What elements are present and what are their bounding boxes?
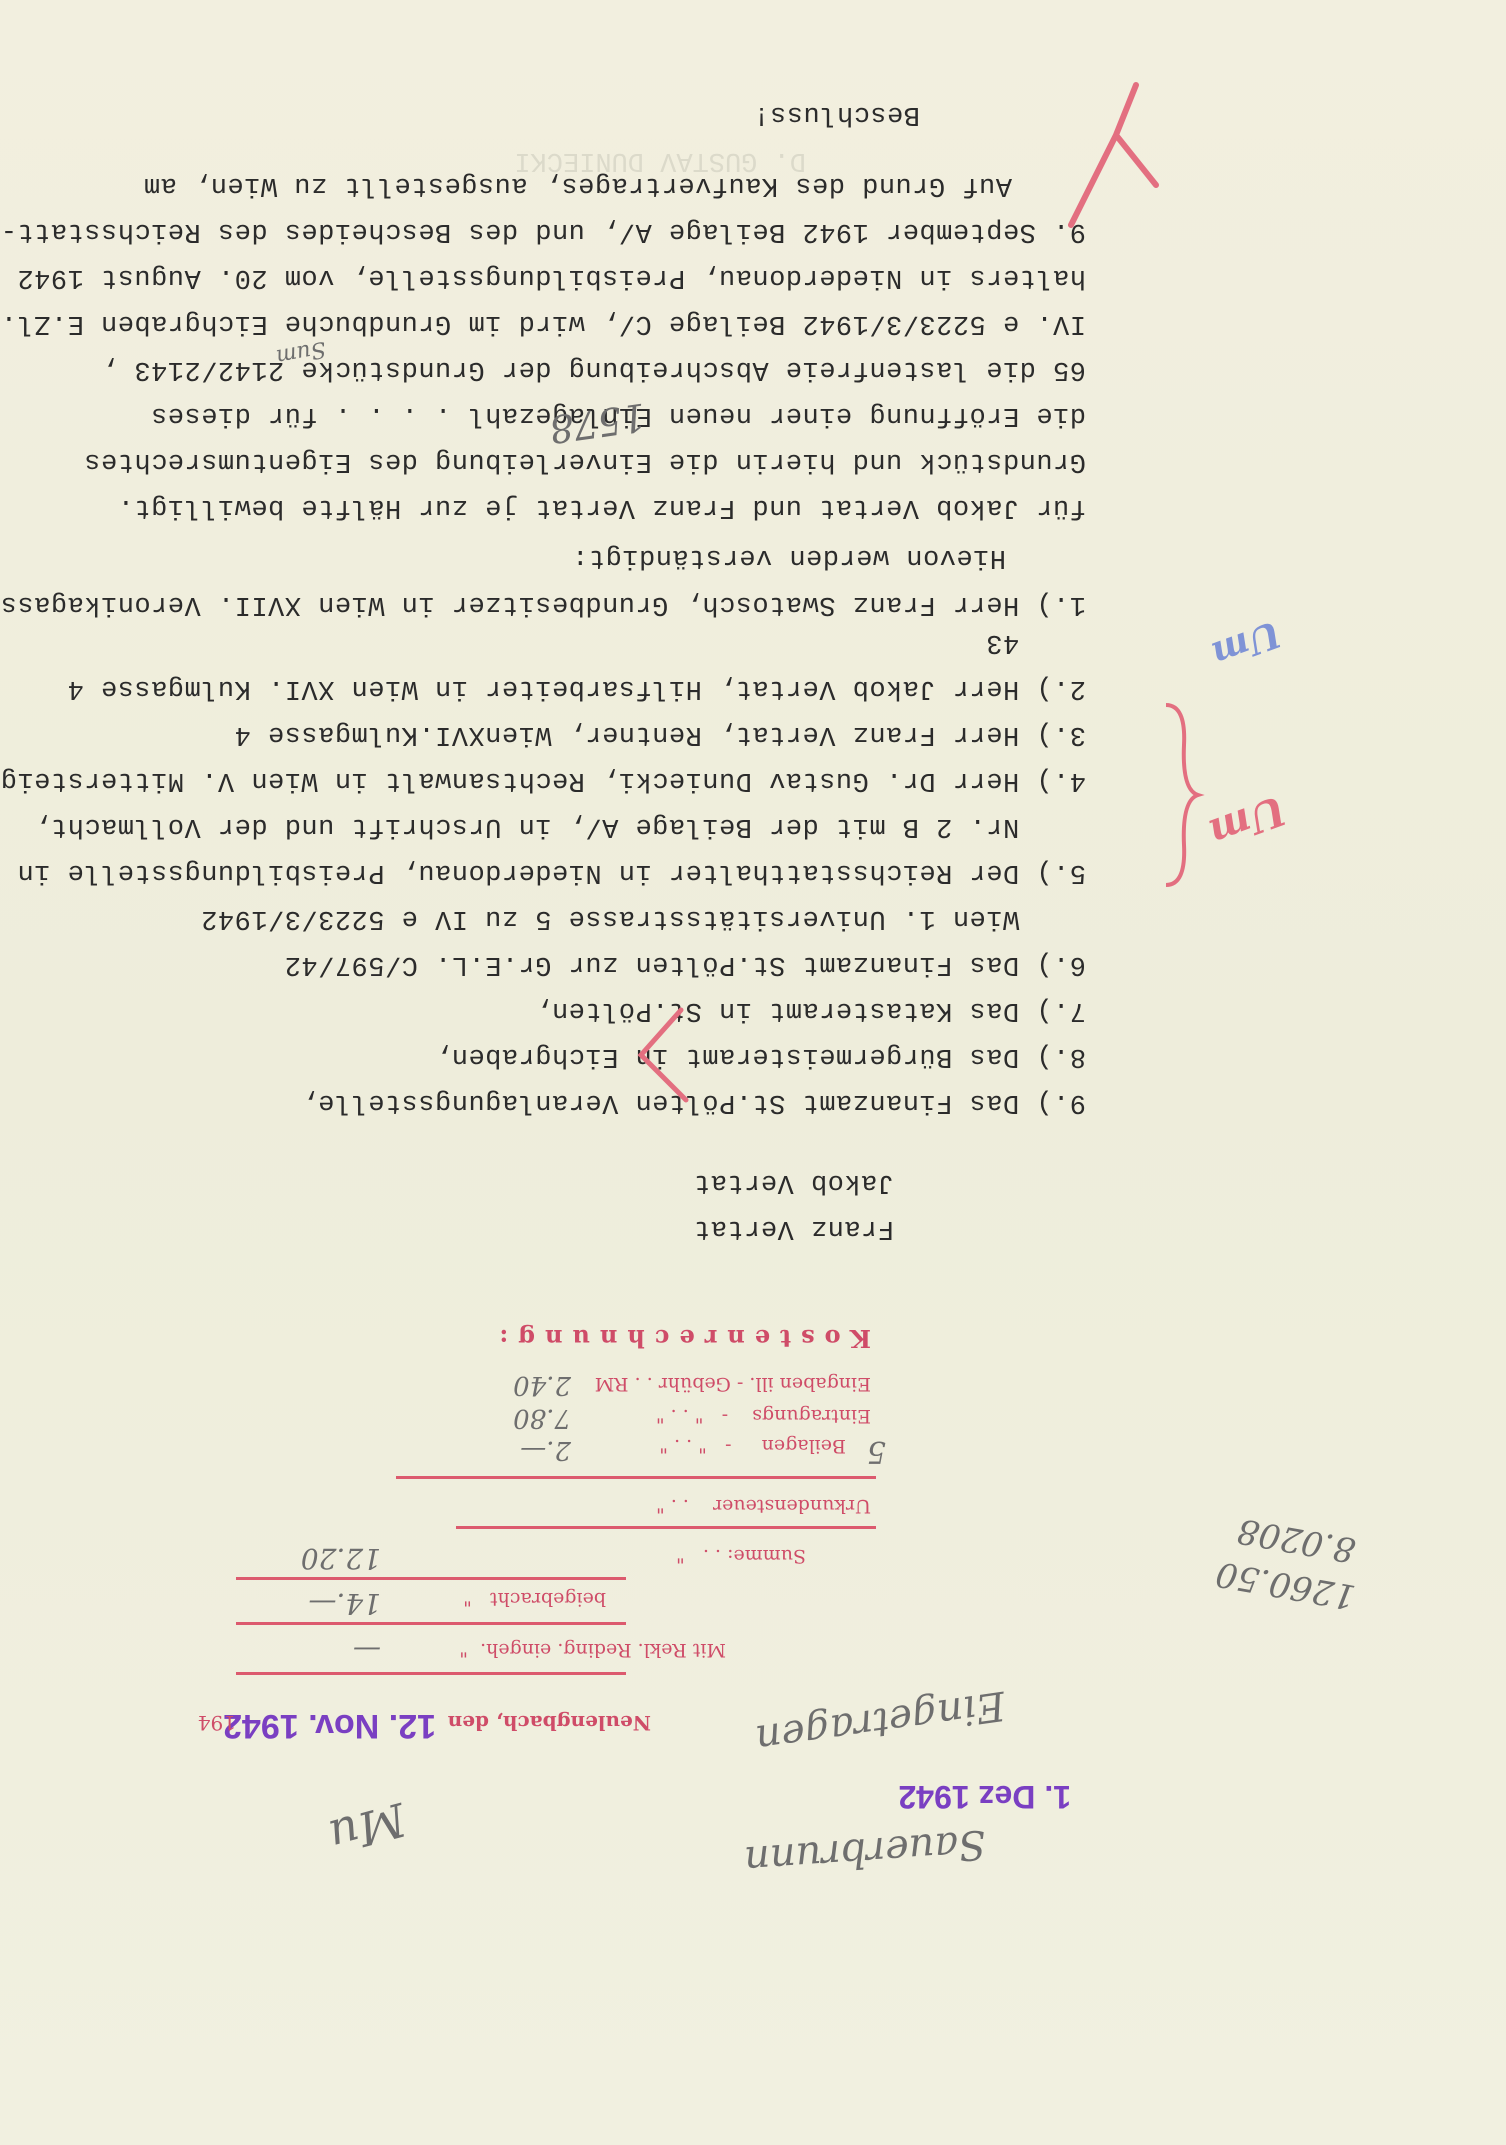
cost-row-value: — xyxy=(353,1634,381,1667)
recipient-line: 2.) Herr Jakob Vertat, Hilfsarbeiter in … xyxy=(67,674,1086,701)
stamp-rule xyxy=(236,1622,626,1625)
notify-heading: Hievon werden verständigt: xyxy=(572,543,1006,570)
stamp-date: 12. Nov. 1942 xyxy=(223,1706,436,1745)
paragraph-line: 9. September 1942 Beilage A/, und des Be… xyxy=(0,217,1086,244)
cost-row-label: Beilagen - " . . " xyxy=(659,1435,846,1457)
cost-row-label: Eingaben ill. - Gebühr . . RM xyxy=(595,1373,871,1395)
recipient-line: 5.) Der Reichsstatthalter in Niederdonau… xyxy=(17,858,1086,885)
signatory-jakob: Jakob Vertat xyxy=(694,1168,894,1195)
stamp-date-suffix: 194 xyxy=(198,1711,236,1735)
stamp-rule xyxy=(236,1577,626,1580)
cost-row-label: Urkundensteuer . . " xyxy=(656,1495,871,1517)
cost-row-value: 14.— xyxy=(308,1587,381,1620)
recipient-line: Nr. 2 B mit der Beilage A/, in Urschrift… xyxy=(34,812,1086,839)
cost-row-value: 2.40 xyxy=(513,1370,571,1400)
cost-row-label: Mit Rekl. Reding. eingeh. " xyxy=(459,1639,726,1661)
received-date-stamp: 1. Dez 1942 xyxy=(898,1778,1071,1815)
recipient-line: 3.) Herr Franz Vertat, Rentner, WienXVI.… xyxy=(234,720,1086,747)
recipient-line: 1.) Herr Franz Swatosch, Grundbesitzer i… xyxy=(0,590,1086,617)
paragraph-line: halters in Niederdonau, Preisbildungsste… xyxy=(17,263,1086,290)
document-page: D. GUSTAV DUNIECKI Beschluss! Auf Grund … xyxy=(0,0,1506,2145)
cost-stamp-heading: Kostenrechnung: xyxy=(489,1324,871,1353)
cost-row-value: 2.— xyxy=(520,1435,571,1465)
cost-row-value: 7.80 xyxy=(513,1403,571,1433)
recipient-line: 7.) Das Katasteramt in St.Pölten, xyxy=(535,996,1086,1023)
stamp-place: Neulengbach, den xyxy=(448,1711,651,1735)
recipient-line: 4.) Herr Dr. Gustav Duniecki, Rechtsanwa… xyxy=(0,766,1086,793)
cost-row-label: Eintragungs - " . . " xyxy=(656,1405,871,1427)
cost-row-label: beigebracht " xyxy=(463,1588,606,1610)
pencil-initials: Mu xyxy=(324,1792,412,1864)
pencil-instruction: Eingetragen xyxy=(753,1682,1008,1763)
recipient-line: 8.) Das Bürgermeisteramt in Eichgraben, xyxy=(435,1042,1086,1069)
recipient-line: 43 xyxy=(986,628,1086,655)
red-margin-mark: Um xyxy=(1203,786,1292,857)
cost-sum-value: 12.20 xyxy=(301,1542,381,1575)
signatory-franz: Franz Vertat xyxy=(694,1214,894,1241)
paragraph-line: 65 die lastenfreie Abschreibung der Grun… xyxy=(101,355,1086,382)
recipient-line: Wien 1. Universitätsstrasse 5 zu IV e 52… xyxy=(201,904,1086,931)
paragraph-line: für Jakob Vertat und Franz Vertat je zur… xyxy=(117,493,1086,520)
recipient-line: 6.) Das Finanzamt St.Pölten zur Gr.E.L. … xyxy=(284,950,1086,977)
pencil-signature: Sauerbrunn xyxy=(743,1821,987,1884)
paragraph-line: IV. e 5223/3/1942 Beilage C/, wird im Gr… xyxy=(0,309,1086,336)
stamp-rule xyxy=(456,1526,876,1529)
paragraph-line: Auf Grund des Kaufvertrages, ausgestellt… xyxy=(143,171,1012,198)
stamp-rule xyxy=(396,1476,876,1479)
paragraph-line: Grundstück und hierin die Einverleibung … xyxy=(84,447,1086,474)
beilagen-count: 5 xyxy=(867,1434,886,1469)
stamp-rule xyxy=(236,1672,626,1675)
red-angle-mark-icon xyxy=(626,1000,696,1110)
document-title: Beschluss! xyxy=(753,100,920,127)
blue-margin-mark: Um xyxy=(1206,612,1286,675)
red-brace-icon xyxy=(1146,695,1206,895)
cost-row-label: Summe: . . " xyxy=(676,1545,806,1567)
